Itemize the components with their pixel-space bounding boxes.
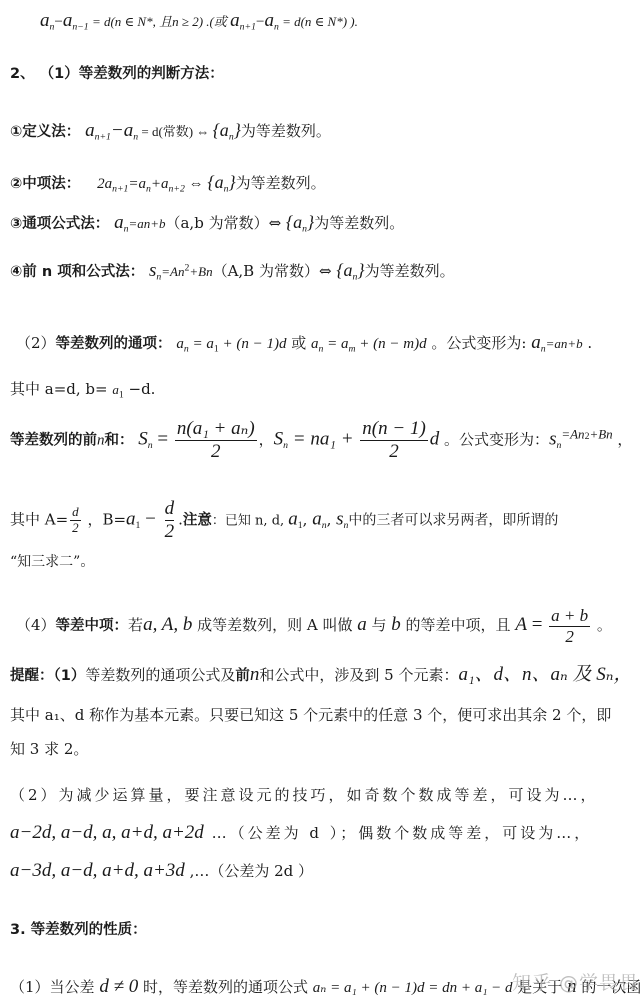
math: s (336, 508, 343, 529)
math: =an+b (128, 216, 165, 231)
math: +Bn (589, 426, 612, 441)
denominator: 2 (211, 441, 221, 463)
set-notation: {a (213, 120, 229, 140)
text: 若 (128, 616, 143, 634)
or-text: 或 (286, 334, 311, 352)
text: 时，等差数列的通项公式 (138, 978, 313, 996)
sep: , (303, 510, 313, 528)
math-a: a (40, 10, 50, 31)
reminder-line2: 其中 a₁、d 称作为基本元素。只要已知这 5 个元素中的任意 3 个，便可求出… (10, 706, 611, 724)
transform-label: 。公式变形为: (427, 334, 532, 352)
tip2-line1: （2）为减少运算量，要注意设元的技巧，如奇数个数成等差，可设为…， (10, 786, 599, 804)
math: + (n − 1)d (219, 336, 287, 352)
method-sum-formula: ④前 n 项和公式法： sn=An2+Bn（A,B 为常数）⇔ {an}为等差数… (10, 260, 455, 283)
text: 和公式中，涉及到 5 个元素： (259, 666, 458, 684)
method-label: ③通项公式法： (10, 216, 109, 232)
math: −a (111, 120, 133, 141)
method-label: ④前 n 项和公式法： (10, 264, 144, 280)
set-close: } (357, 260, 364, 280)
elements-list: a₁、d、n、aₙ 及 Sₙ， (458, 664, 632, 685)
general-term-line: （2）等差数列的通项： an = a1 + (n − 1)d 或 an = am… (16, 332, 592, 355)
math: =An (161, 264, 184, 279)
minus: − (54, 14, 62, 30)
minus: − (140, 508, 160, 529)
method-definition: ①定义法： an+1−an = d(常数) ⇔ {an}为等差数列。 (10, 120, 331, 143)
fraction: n(n − 1)2 (360, 418, 427, 463)
math-n: n (97, 432, 105, 448)
label-prefix: （2） (16, 334, 56, 352)
text: ,…（公差为 2d ） (185, 862, 313, 880)
sum-note-line: 其中 A=d2 ，B=a1 − d2.注意：已知 n, d, a1, an, s… (10, 498, 558, 543)
math: +a (151, 176, 169, 192)
method-middle-term: ②中项法： 2an+1=an+an+2 ⇔ {an}为等差数列。 (10, 172, 326, 195)
math: a (85, 120, 95, 141)
math: aₙ = a₁ + (n − 1)d = dn + a₁ − d (313, 980, 513, 996)
math: +Bn (189, 264, 212, 279)
general-term-label: 等差数列的通项： (56, 336, 172, 352)
sum-note-line2: “知三求二”。 (10, 552, 94, 571)
end-punct: 。 (592, 616, 612, 634)
text: …（公差为 d ）；偶数个数成等差，可设为…， (204, 824, 592, 842)
math: a−3d, a−d, a+d, a+3d (10, 860, 185, 881)
method-general-term: ③通项公式法： an=an+b（a,b 为常数）⇔ {an}为等差数列。 (10, 212, 404, 235)
text-bold: 前 (235, 668, 250, 684)
denominator: 2 (389, 441, 399, 463)
where-rest: −d. (124, 380, 156, 398)
middle-term-label: 等差中项： (56, 618, 129, 634)
math: + (n − m)d (356, 336, 427, 352)
middle-term-line: （4）等差中项：若a, A, b 成等差数列，则 A 叫做 a 与 b 的等差中… (16, 606, 612, 646)
math-a: a (63, 10, 73, 31)
math: b (391, 614, 401, 635)
math: 2a (97, 176, 112, 192)
math: a (288, 508, 298, 529)
text: 成等差数列，则 A 叫做 (192, 616, 357, 634)
end-punct: ， (613, 430, 633, 448)
general-term-where: 其中 a=d, b= a1 −d. (10, 380, 155, 401)
condition-text: = d(n ∈ N*, 且n ≥ 2) .(或 (89, 14, 230, 29)
method-suffix: 为等差数列。 (241, 122, 331, 140)
set-close: } (234, 120, 241, 140)
sub: n+1 (240, 21, 256, 32)
math: n (250, 664, 260, 685)
math: a (176, 336, 184, 352)
denominator: 2 (565, 627, 574, 647)
math-a: a (230, 10, 240, 31)
fraction-A: d2 (70, 505, 81, 536)
method-label: ②中项法： (10, 176, 80, 192)
math-tail: （A,B 为常数）⇔ (213, 262, 337, 280)
math: S (274, 428, 284, 449)
denominator: 2 (165, 520, 175, 543)
math: a (531, 332, 541, 353)
math: a−2d, a−d, a, a+d, a+2d (10, 822, 204, 843)
note-label: 注意 (183, 512, 212, 528)
transform-label: 。公式变形为： (439, 430, 549, 448)
numerator: d (163, 498, 177, 520)
heading-text: 2、 （1）等差数列的判断方法： (10, 66, 224, 82)
text: 知 3 求 2。 (10, 740, 88, 758)
text: （2）为减少运算量，要注意设元的技巧，如奇数个数成等差，可设为…， (10, 786, 599, 804)
set-notation: {a (286, 212, 302, 232)
top-formula: an−an−1 = d(n ∈ N*, 且n ≥ 2) .(或 an+1−an … (40, 10, 358, 33)
condition-text: = d(n ∈ N*) ). (279, 14, 358, 29)
method-suffix: 为等差数列。 (365, 262, 455, 280)
tip2-line2: a−2d, a−d, a, a+d, a+2d …（公差为 d ）；偶数个数成等… (10, 822, 592, 845)
note-tail: 中的三者可以求另两者，即所谓的 (348, 512, 558, 528)
numerator: n(n − 1) (360, 418, 427, 441)
know-three-text: “知三求二”。 (10, 554, 94, 570)
method-suffix: 为等差数列。 (314, 214, 404, 232)
math-tail: = d(常数) ⇔ (138, 124, 213, 139)
math-tail: ⇔ (185, 176, 208, 192)
fraction: a + b2 (549, 606, 590, 646)
set-close: } (228, 172, 235, 192)
text: 的等差中项，且 (401, 616, 516, 634)
math: = a (323, 336, 348, 352)
math: a (126, 508, 136, 529)
heading-text: 3. 等差数列的性质： (10, 922, 147, 938)
label-prefix: （4） (16, 616, 56, 634)
text: 等差数列的通项公式及 (85, 666, 235, 684)
math-a: a (264, 10, 274, 31)
sub: n+2 (169, 183, 185, 194)
text: 与 (367, 616, 392, 634)
reminder-line3: 知 3 求 2。 (10, 740, 88, 758)
math: =a (128, 176, 146, 192)
numerator: a + b (549, 606, 590, 627)
sum-label: 等差数列的前 (10, 432, 97, 448)
comma: ， (259, 430, 274, 448)
math: a (312, 508, 322, 529)
math: d (430, 428, 440, 449)
method-label: ①定义法： (10, 124, 80, 140)
prefix-text: 其中 A= (10, 510, 68, 528)
where-text: 其中 a=d, b= (10, 380, 112, 398)
reminder-label: 提醒 (10, 668, 39, 684)
numerator: n(a₁ + aₙ) (175, 418, 257, 441)
text: 其中 a₁、d 称作为基本元素。只要已知这 5 个元素中的任意 3 个，便可求出… (10, 706, 611, 724)
numerator: d (70, 505, 81, 521)
fraction-B: d2 (163, 498, 177, 543)
colon: ： (39, 668, 54, 684)
math: =An (561, 426, 584, 441)
eq: = (527, 614, 547, 635)
sum-label: 和： (105, 432, 134, 448)
math: =an+b (546, 336, 583, 351)
math: a (114, 212, 124, 233)
sep: , (327, 510, 337, 528)
sub: n+1 (112, 183, 128, 194)
mid-text: ，B= (83, 510, 126, 528)
sum-line: 等差数列的前n和： Sn = n(a₁ + aₙ)2，Sn = na₁ + n(… (10, 418, 632, 463)
tip2-line3: a−3d, a−d, a+d, a+3d ,…（公差为 2d ） (10, 860, 313, 883)
set-notation: {a (336, 260, 352, 280)
math: S (138, 428, 148, 449)
method-suffix: 为等差数列。 (236, 174, 326, 192)
text: （1）当公差 (10, 978, 99, 996)
math: = na₁ + (288, 428, 358, 449)
math: A (515, 614, 527, 635)
section-3-heading: 3. 等差数列的性质： (10, 922, 147, 939)
sub: n (556, 440, 561, 451)
denominator: 2 (72, 521, 79, 536)
reminder-line1: 提醒：（1）等差数列的通项公式及前n和公式中，涉及到 5 个元素：a₁、d、n、… (10, 664, 632, 687)
sub: m (348, 343, 355, 354)
fraction: n(a₁ + aₙ)2 (175, 418, 257, 463)
sub: n−1 (72, 21, 88, 32)
math: d ≠ 0 (99, 976, 138, 997)
math: = a (189, 336, 214, 352)
eq: = (153, 428, 173, 449)
watermark: 知乎 @学畏畏 (512, 968, 639, 995)
set-notation: {a (207, 172, 223, 192)
math: a (357, 614, 367, 635)
num: （1） (54, 668, 86, 684)
section-2-heading: 2、 （1）等差数列的判断方法： (10, 66, 224, 83)
math: a, A, b (143, 614, 192, 635)
sub: n+1 (95, 131, 111, 142)
note-text: ：已知 n, d, (212, 513, 288, 528)
math-tail: （a,b 为常数）⇔ (165, 214, 285, 232)
end-punct: . (583, 334, 593, 352)
